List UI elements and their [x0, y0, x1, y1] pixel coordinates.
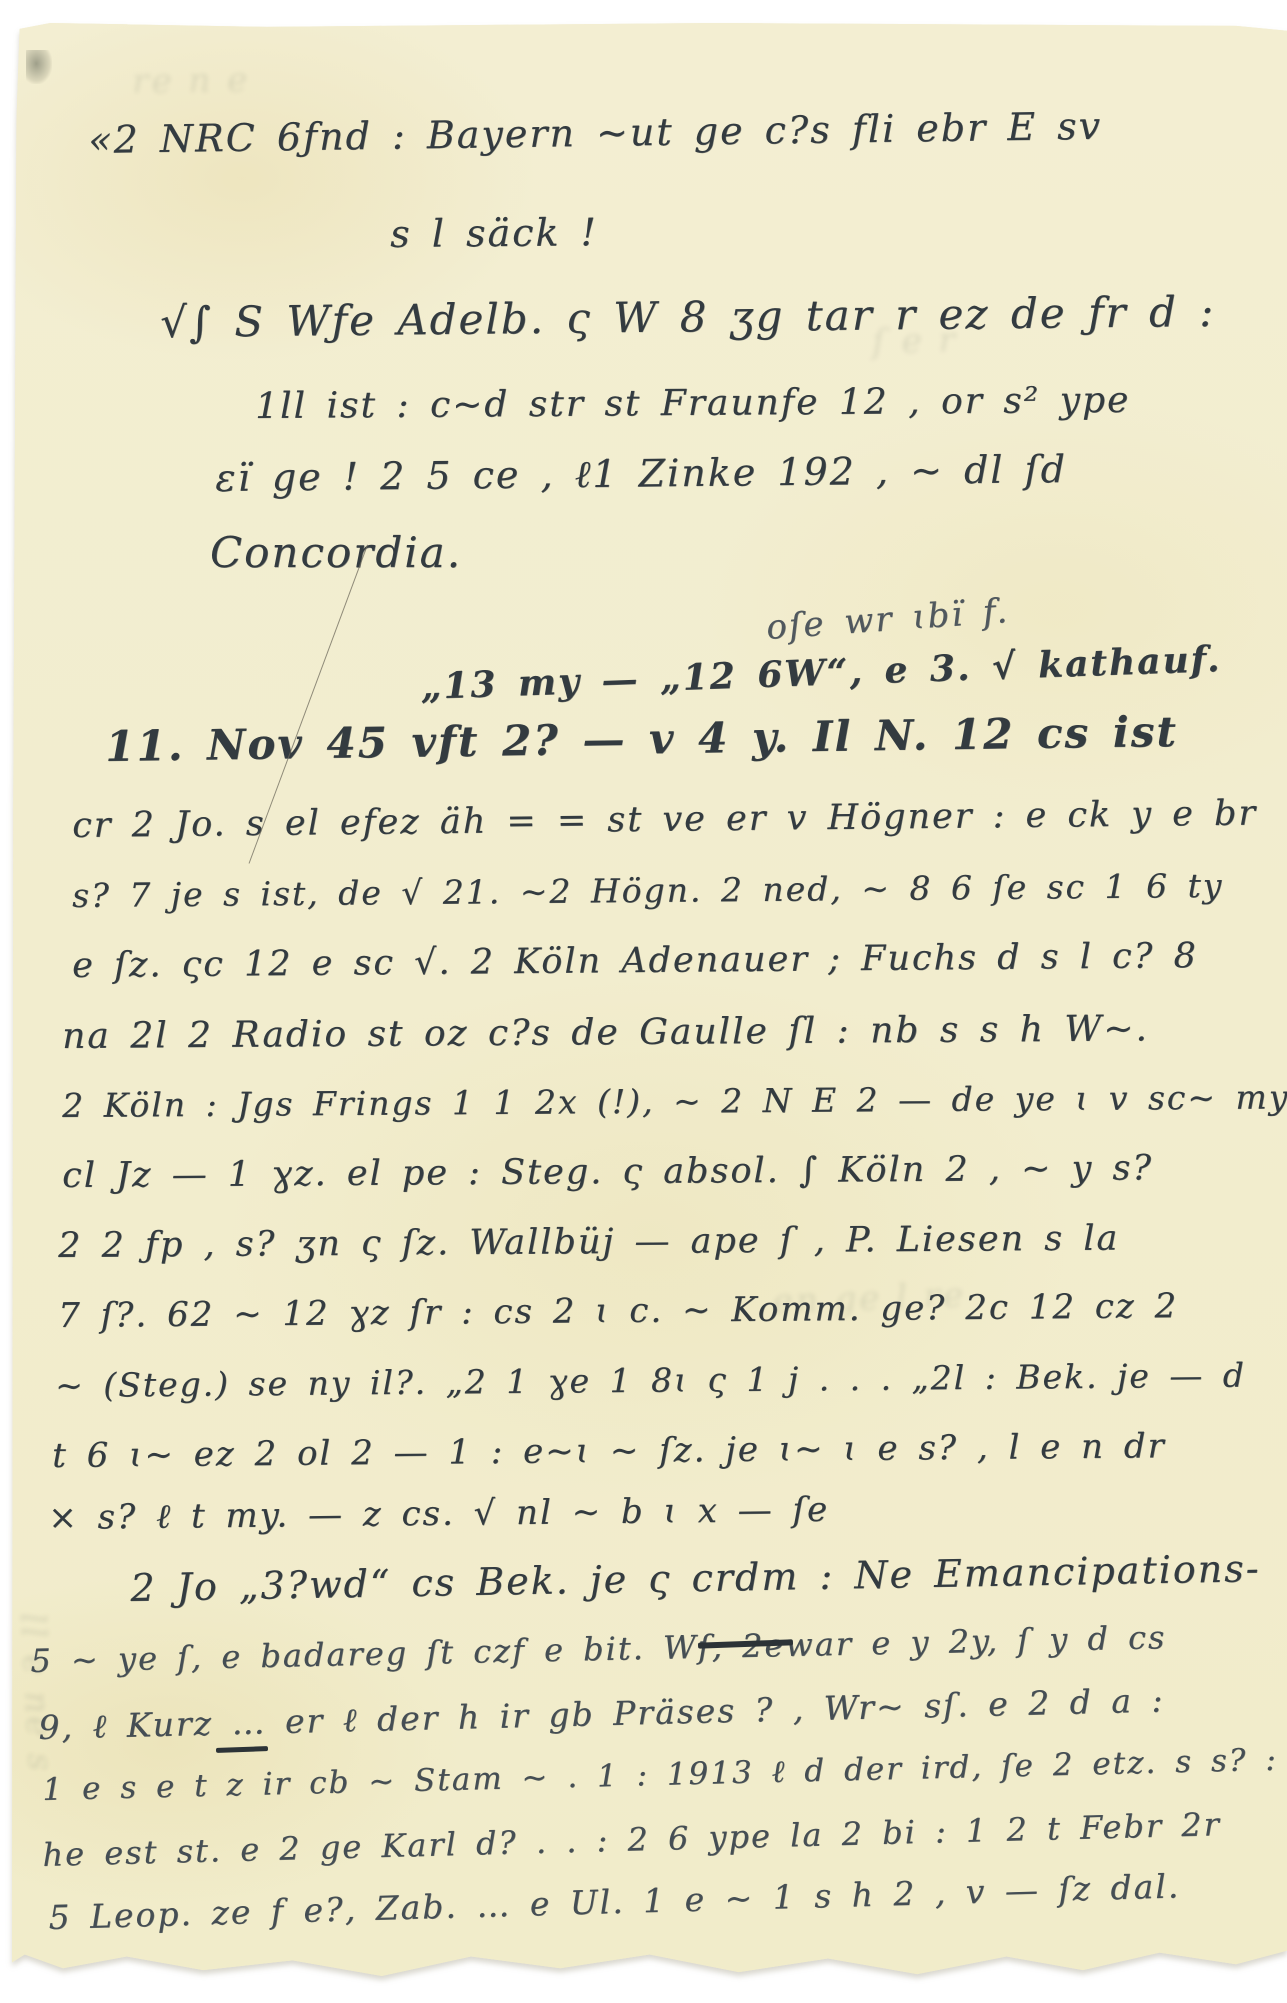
handwriting-line: Concordia.: [210, 528, 462, 577]
scan-background: en ge l re ll e ne s ſ e r re n e «2 NRC…: [0, 0, 1287, 2003]
verso-bleed-mark: ll e ne s: [12, 1612, 60, 1775]
handwriting-line: 1ll ist : c~d str st Fraunfe 12 , or s² …: [255, 380, 1130, 427]
handwriting-line: × s? ℓ t my. — z cs. √ nl ~ b ɩ x — ſe: [48, 1490, 829, 1538]
ink-smudge: [26, 50, 52, 84]
handwriting-line: na 2l 2 Radio st oz c?s de Gaulle ſl : n…: [62, 1008, 1149, 1057]
handwriting-line: εï ge ! 2 5 ce , ℓ1 Zinke 192 , ~ dl ſd: [215, 447, 1067, 501]
handwriting-line: cl Jz — 1 ɣz. el pe : Steg. ς absol. ∫ K…: [62, 1148, 1153, 1196]
handwriting-line: s l säck !: [390, 210, 598, 256]
verso-bleed-mark: re n e: [132, 60, 251, 102]
scanned-manuscript: { "page": { "background_color": "#ffffff…: [0, 0, 1287, 2003]
handwriting-line: 2 2 ƒp , s? ʒn ς ſz. Wallbüj — ape ſ , P…: [58, 1219, 1119, 1266]
